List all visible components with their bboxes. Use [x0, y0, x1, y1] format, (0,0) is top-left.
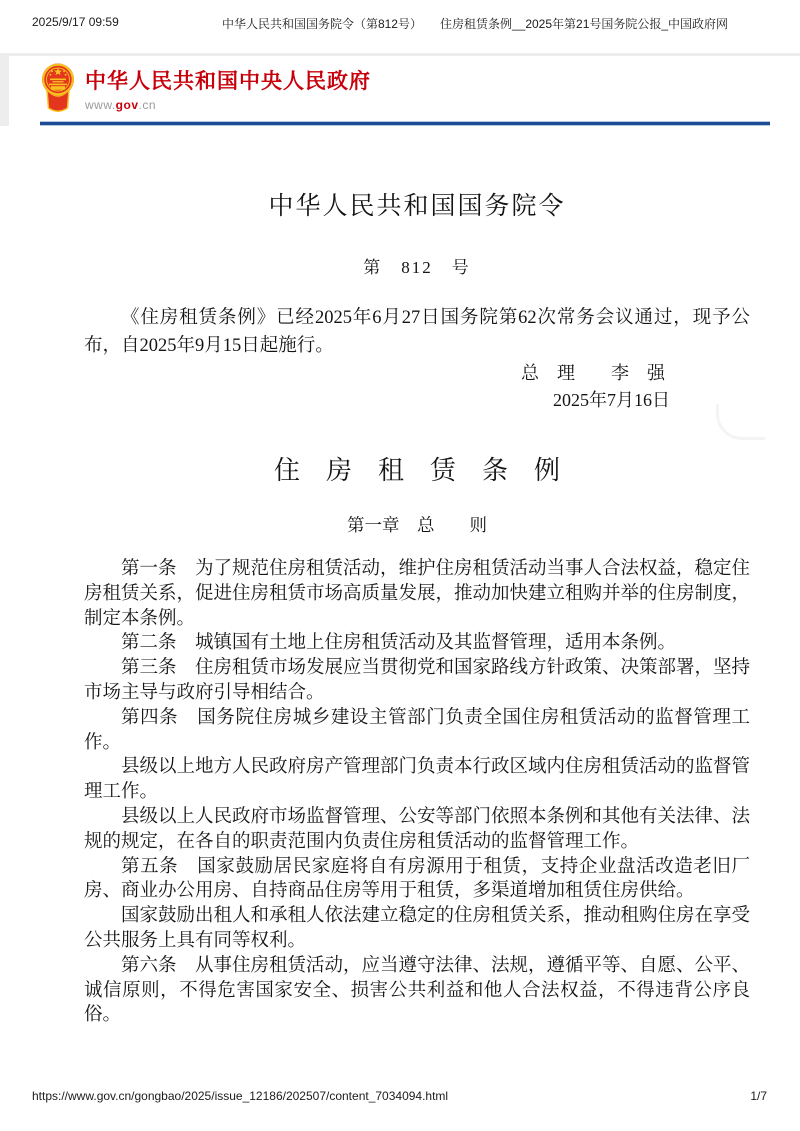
regulation-title: 住房租赁条例 — [84, 454, 750, 488]
site-url-www: www. — [85, 98, 116, 112]
banner-top-edge — [0, 53, 800, 56]
decree-intro: 《住房租赁条例》已经2025年6月27日国务院第62次常务会议通过，现予公布，自… — [84, 304, 750, 360]
article-paragraph: 第二条 城镇国有土地上住房租赁活动及其监督管理，适用本条例。 — [84, 631, 750, 656]
chapter-heading: 第一章 总 则 — [84, 514, 750, 536]
articles-section: 第一条 为了规范住房租赁活动，维护住房租赁活动当事人合法权益，稳定住房租赁关系，… — [84, 557, 750, 1028]
article-paragraph: 第六条 从事住房租赁活动，应当遵守法律、法规，遵循平等、自愿、公平、诚信原则，不… — [84, 954, 750, 1028]
print-footer: https://www.gov.cn/gongbao/2025/issue_12… — [0, 1089, 800, 1105]
decree-title: 中华人民共和国国务院令 — [84, 191, 750, 222]
banner-left-edge — [0, 53, 9, 126]
site-url: www.gov.cn — [85, 98, 371, 112]
article-paragraph: 第五条 国家鼓励居民家庭将自有房源用于租赁，支持企业盘活改造老旧厂房、商业办公用… — [84, 855, 750, 905]
print-header: 2025/9/17 09:59 中华人民共和国国务院令（第812号） 住房租赁条… — [0, 15, 800, 31]
print-page-title: 中华人民共和国国务院令（第812号） 住房租赁条例__2025年第21号国务院公… — [150, 15, 800, 32]
article-paragraph: 国家鼓励出租人和承租人依法建立稳定的住房租赁关系，推动租购住房在享受公共服务上具… — [84, 904, 750, 954]
site-name: 中华人民共和国中央人民政府 — [85, 70, 371, 94]
sign-date: 2025年7月16日 — [84, 387, 750, 414]
site-banner: 中华人民共和国中央人民政府 www.gov.cn — [40, 62, 371, 119]
site-url-gov: gov — [116, 98, 139, 112]
article-paragraph: 第四条 国务院住房城乡建设主管部门负责全国住房租赁活动的监督管理工作。 — [84, 706, 750, 756]
signer-line: 总 理 李 强 — [84, 360, 750, 387]
article-paragraph: 县级以上人民政府市场监督管理、公安等部门依照本条例和其他有关法律、法规的规定，在… — [84, 805, 750, 855]
footer-url: https://www.gov.cn/gongbao/2025/issue_12… — [32, 1089, 448, 1103]
decree-number: 第 812 号 — [84, 257, 750, 278]
article-paragraph: 第一条 为了规范住房租赁活动，维护住房租赁活动当事人合法权益，稳定住房租赁关系，… — [84, 557, 750, 631]
header-divider — [40, 121, 770, 126]
article-paragraph: 县级以上地方人民政府房产管理部门负责本行政区域内住房租赁活动的监督管理工作。 — [84, 755, 750, 805]
print-timestamp: 2025/9/17 09:59 — [32, 15, 119, 29]
article-paragraph: 第三条 住房租赁市场发展应当贯彻党和国家路线方针政策、决策部署，坚持市场主导与政… — [84, 656, 750, 706]
print-preview-page: 2025/9/17 09:59 中华人民共和国国务院令（第812号） 住房租赁条… — [0, 0, 800, 1131]
page-indicator: 1/7 — [750, 1089, 767, 1103]
banner-text: 中华人民共和国中央人民政府 www.gov.cn — [85, 62, 371, 112]
document-body: 中华人民共和国国务院令 第 812 号 《住房租赁条例》已经2025年6月27日… — [84, 127, 750, 1028]
site-url-cn: .cn — [139, 98, 157, 112]
national-emblem-icon — [40, 62, 76, 119]
